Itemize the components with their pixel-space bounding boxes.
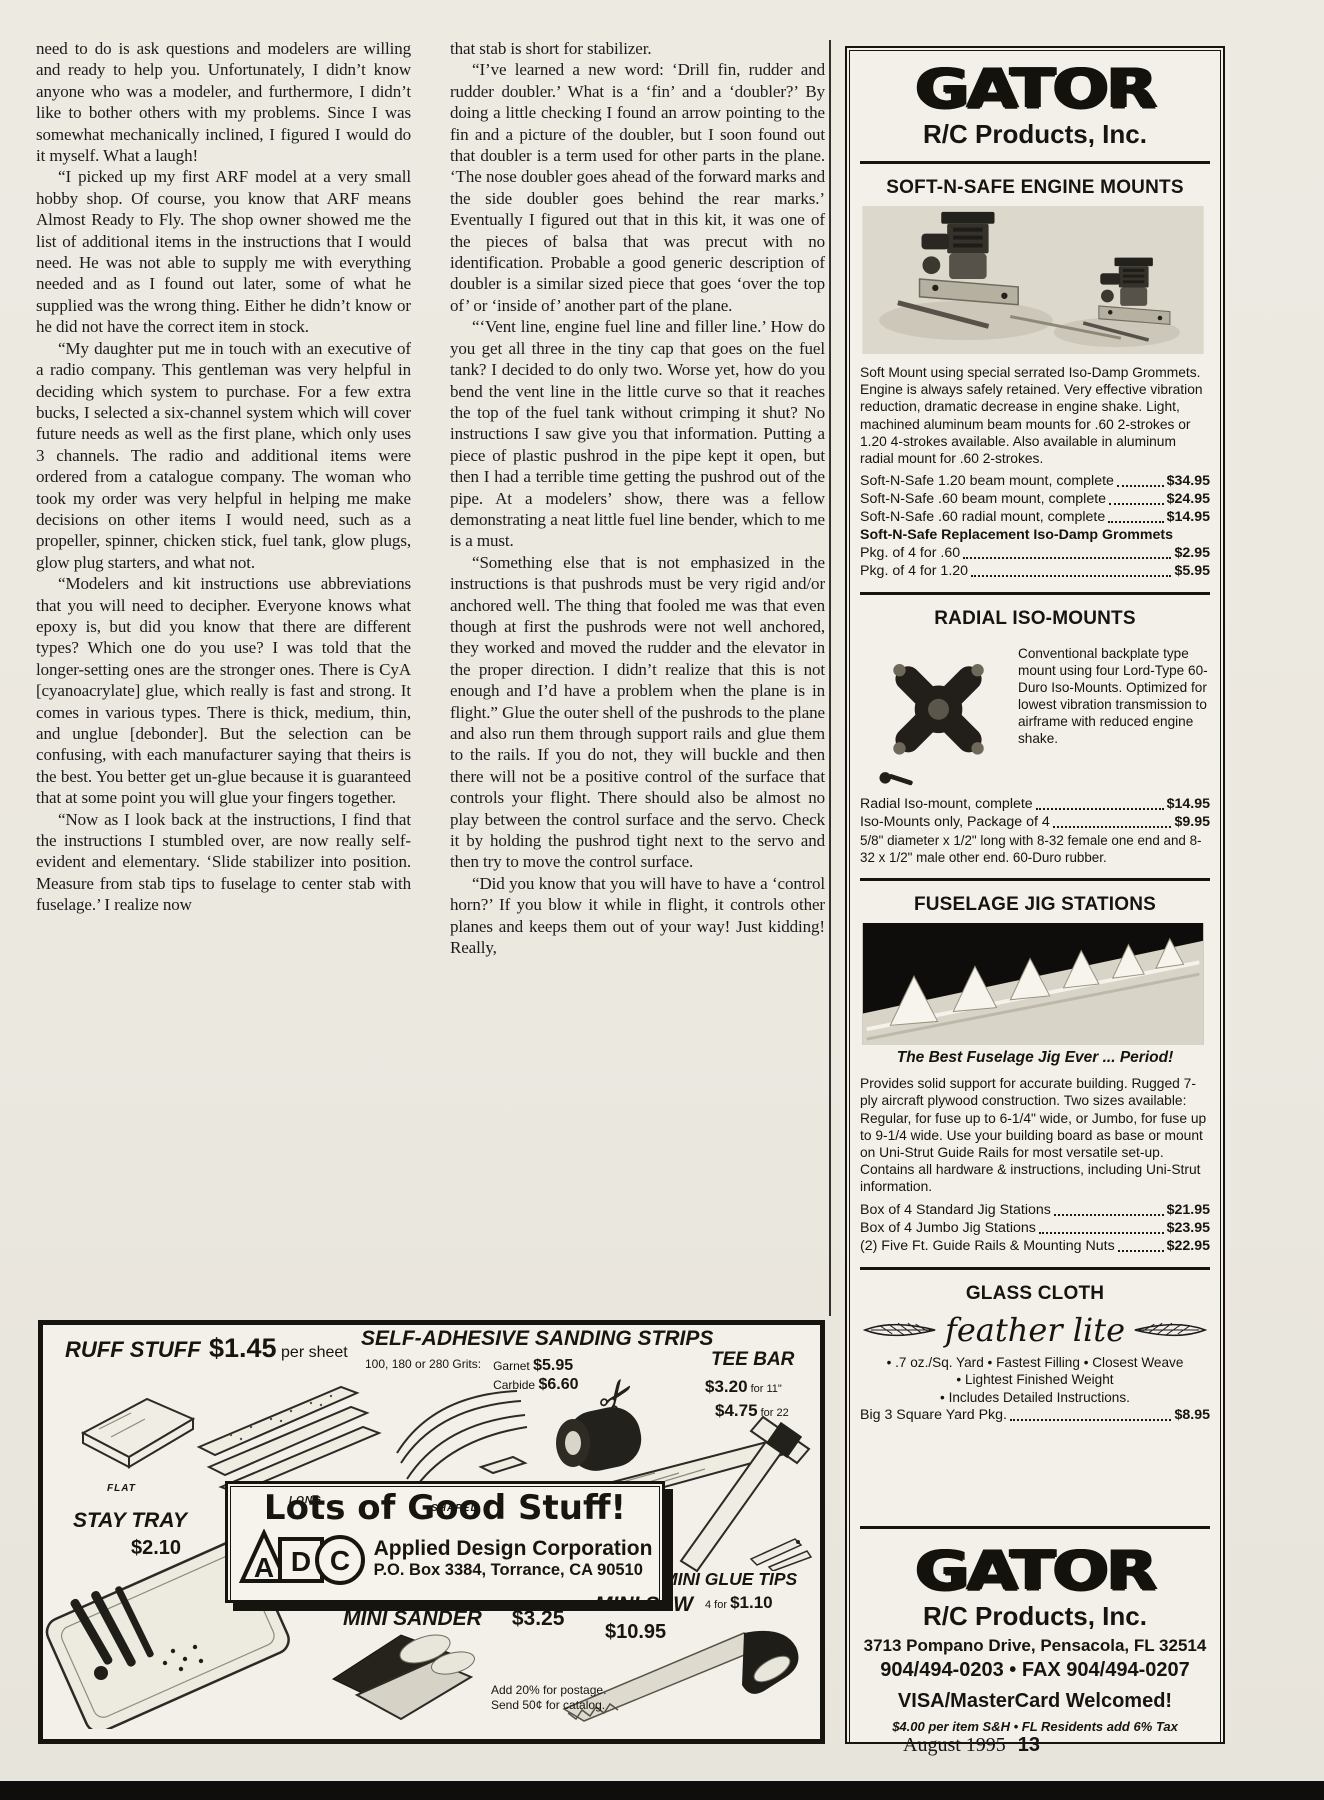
article-paragraph: “Modelers and kit instructions use abbre… (36, 573, 411, 808)
dot-leader (1118, 1250, 1164, 1252)
section-divider (860, 592, 1210, 595)
price-row: Radial Iso-mount, complete$14.95 (860, 795, 1210, 813)
article-paragraph: “‘Vent line, engine fuel line and filler… (450, 316, 825, 551)
price-row: Soft-N-Safe .60 radial mount, complete$1… (860, 508, 1210, 526)
shaped-label: SHAPED (431, 1503, 479, 1514)
price-row: (2) Five Ft. Guide Rails & Mounting Nuts… (860, 1237, 1210, 1255)
svg-text:D: D (290, 1546, 310, 1577)
price-row: Iso-Mounts only, Package of 4$9.95 (860, 813, 1210, 831)
dot-leader (971, 575, 1171, 577)
tee-bar-label: TEE BAR (711, 1349, 794, 1371)
dot-leader (1036, 808, 1164, 810)
radial-description: Conventional backplate type mount using … (1018, 645, 1210, 747)
flat-sheet-drawing (55, 1385, 205, 1480)
column-rule (829, 40, 831, 1316)
mini-glue-tips-price: 4 for $1.10 (705, 1593, 773, 1613)
gator-ad-inner: GATOR R/C Products, Inc. SOFT-N-SAFE ENG… (849, 50, 1221, 1744)
fuselage-jig-photo (860, 923, 1206, 1045)
radial-mount-photo (860, 635, 1018, 795)
mini-glue-tips-label: MINI GLUE TIPS (663, 1569, 797, 1590)
price-row: Pkg. of 4 for .60$2.95 (860, 544, 1210, 562)
gator-company-name: R/C Products, Inc. (860, 119, 1210, 149)
dot-leader (1010, 1419, 1172, 1421)
fuselage-jig-heading: FUSELAGE JIG STATIONS (860, 893, 1210, 917)
soft-n-safe-description: Soft Mount using special serrated Iso-Da… (860, 364, 1210, 467)
gator-ad: GATOR R/C Products, Inc. SOFT-N-SAFE ENG… (845, 46, 1225, 1744)
sanding-strips-heading: SELF-ADHESIVE SANDING STRIPS (361, 1327, 713, 1351)
feather-lite-brand-row: feather lite (860, 1312, 1210, 1348)
footer-page-number: 13 (1018, 1734, 1040, 1756)
svg-text:C: C (329, 1545, 349, 1576)
section-divider (860, 1267, 1210, 1270)
radial-spec-note: 5/8" diameter x 1/2" long with 8-32 fema… (860, 833, 1210, 866)
gator-visa-line: VISA/MasterCard Welcomed! (860, 1689, 1210, 1714)
shaped-strips-drawing (385, 1369, 535, 1499)
magazine-page: need to do is ask questions and modelers… (0, 0, 1324, 1800)
gator-terms: $4.00 per item S&H • FL Residents add 6%… (860, 1718, 1210, 1735)
flat-label: FLAT (107, 1483, 136, 1494)
article-paragraph: “I’ve learned a new word: ‘Drill fin, ru… (450, 59, 825, 316)
section-divider (860, 1526, 1210, 1529)
price-row: Box of 4 Jumbo Jig Stations$23.95 (860, 1219, 1210, 1237)
tee-bar-price-1: $3.20 for 11" (705, 1377, 782, 1397)
glass-bullet: • Includes Detailed Instructions. (860, 1389, 1210, 1407)
gator-logo: GATOR (849, 59, 1221, 119)
jig-description: Provides solid support for accurate buil… (860, 1075, 1210, 1195)
article-paragraph: “Did you know that you will have to have… (450, 873, 825, 959)
radial-section: Conventional backplate type mount using … (860, 635, 1210, 795)
gator-contact-block: GATOR R/C Products, Inc. 3713 Pompano Dr… (860, 1514, 1210, 1735)
section-divider (860, 878, 1210, 881)
article-paragraph: that stab is short for stabilizer. (450, 38, 825, 59)
engine-mounts-photo (860, 206, 1206, 354)
dot-leader (1039, 1232, 1164, 1234)
ruff-stuff-price: $1.45 per sheet (209, 1333, 348, 1364)
dot-leader (1108, 521, 1163, 523)
adc-company-address: P.O. Box 3384, Torrance, CA 90510 (374, 1561, 653, 1580)
leaf-ornament-icon (861, 1318, 939, 1342)
bottom-bar (0, 1781, 1324, 1800)
adc-ad: RUFF STUFF $1.45 per sheet SELF-ADHESIVE… (38, 1320, 825, 1744)
article-paragraph: “Now as I look back at the instructions,… (36, 809, 411, 916)
article-paragraph: “Something else that is not emphasized i… (450, 552, 825, 873)
article-paragraph: need to do is ask questions and modelers… (36, 38, 411, 166)
price-row: Big 3 Square Yard Pkg.$8.95 (860, 1406, 1210, 1424)
adc-logo: A D C (238, 1529, 366, 1587)
ruff-stuff-label: RUFF STUFF (65, 1337, 201, 1363)
mini-saw-drawing (558, 1617, 816, 1737)
glass-bullet: • .7 oz./Sq. Yard • Fastest Filling • Cl… (860, 1354, 1210, 1372)
article-paragraph: “I picked up my first ARF model at a ver… (36, 166, 411, 337)
long-strips-drawing (191, 1369, 386, 1494)
postage-note: Add 20% for postage. Send 50¢ for catalo… (491, 1683, 606, 1713)
dot-leader (1117, 485, 1164, 487)
grommets-subheading: Soft-N-Safe Replacement Iso-Damp Grommet… (860, 526, 1210, 544)
section-divider (860, 161, 1210, 164)
dot-leader (1053, 826, 1172, 828)
dot-leader (1054, 1214, 1164, 1216)
long-label: LONG (289, 1495, 322, 1506)
jig-caption: The Best Fuselage Jig Ever ... Period! (860, 1049, 1210, 1067)
price-row: Soft-N-Safe 1.20 beam mount, complete$34… (860, 472, 1210, 490)
gator-company-name: R/C Products, Inc. (860, 1601, 1210, 1631)
gator-logo: GATOR (849, 1541, 1221, 1601)
glass-bullet: • Lightest Finished Weight (860, 1371, 1210, 1389)
page-footer: August 199513 (903, 1734, 1040, 1757)
adc-ad-inner: RUFF STUFF $1.45 per sheet SELF-ADHESIVE… (43, 1325, 820, 1739)
stay-tray-label: STAY TRAY (73, 1509, 187, 1533)
price-row: Pkg. of 4 for 1.20$5.95 (860, 562, 1210, 580)
article-column-middle: that stab is short for stabilizer. “I’ve… (450, 38, 825, 958)
radial-iso-mounts-heading: RADIAL ISO-MOUNTS (860, 607, 1210, 631)
dot-leader (1109, 503, 1164, 505)
mini-saw-label: MINI SAW (595, 1593, 693, 1617)
gator-phone: 904/494-0203 • FAX 904/494-0207 (860, 1657, 1210, 1683)
price-row: Soft-N-Safe .60 beam mount, complete$24.… (860, 490, 1210, 508)
soft-n-safe-heading: SOFT-N-SAFE ENGINE MOUNTS (860, 176, 1210, 200)
svg-text:A: A (253, 1552, 273, 1583)
glue-tips-drawing (747, 1531, 817, 1571)
gator-address: 3713 Pompano Drive, Pensacola, FL 32514 (860, 1635, 1210, 1657)
mini-sander-drawing (305, 1621, 500, 1736)
article-paragraph: “My daughter put me in touch with an exe… (36, 338, 411, 573)
adc-company-name: Applied Design Corporation (374, 1537, 653, 1561)
footer-issue: August 1995 (903, 1734, 1006, 1756)
article-column-left: need to do is ask questions and modelers… (36, 38, 411, 916)
adc-company-row: A D C Applied Design Corporation P.O. Bo… (237, 1529, 653, 1587)
price-row: Box of 4 Standard Jig Stations$21.95 (860, 1201, 1210, 1219)
dot-leader (963, 557, 1171, 559)
feather-lite-brand: feather lite (945, 1312, 1125, 1348)
glass-cloth-heading: GLASS CLOTH (860, 1282, 1210, 1306)
leaf-ornament-icon (1131, 1318, 1209, 1342)
